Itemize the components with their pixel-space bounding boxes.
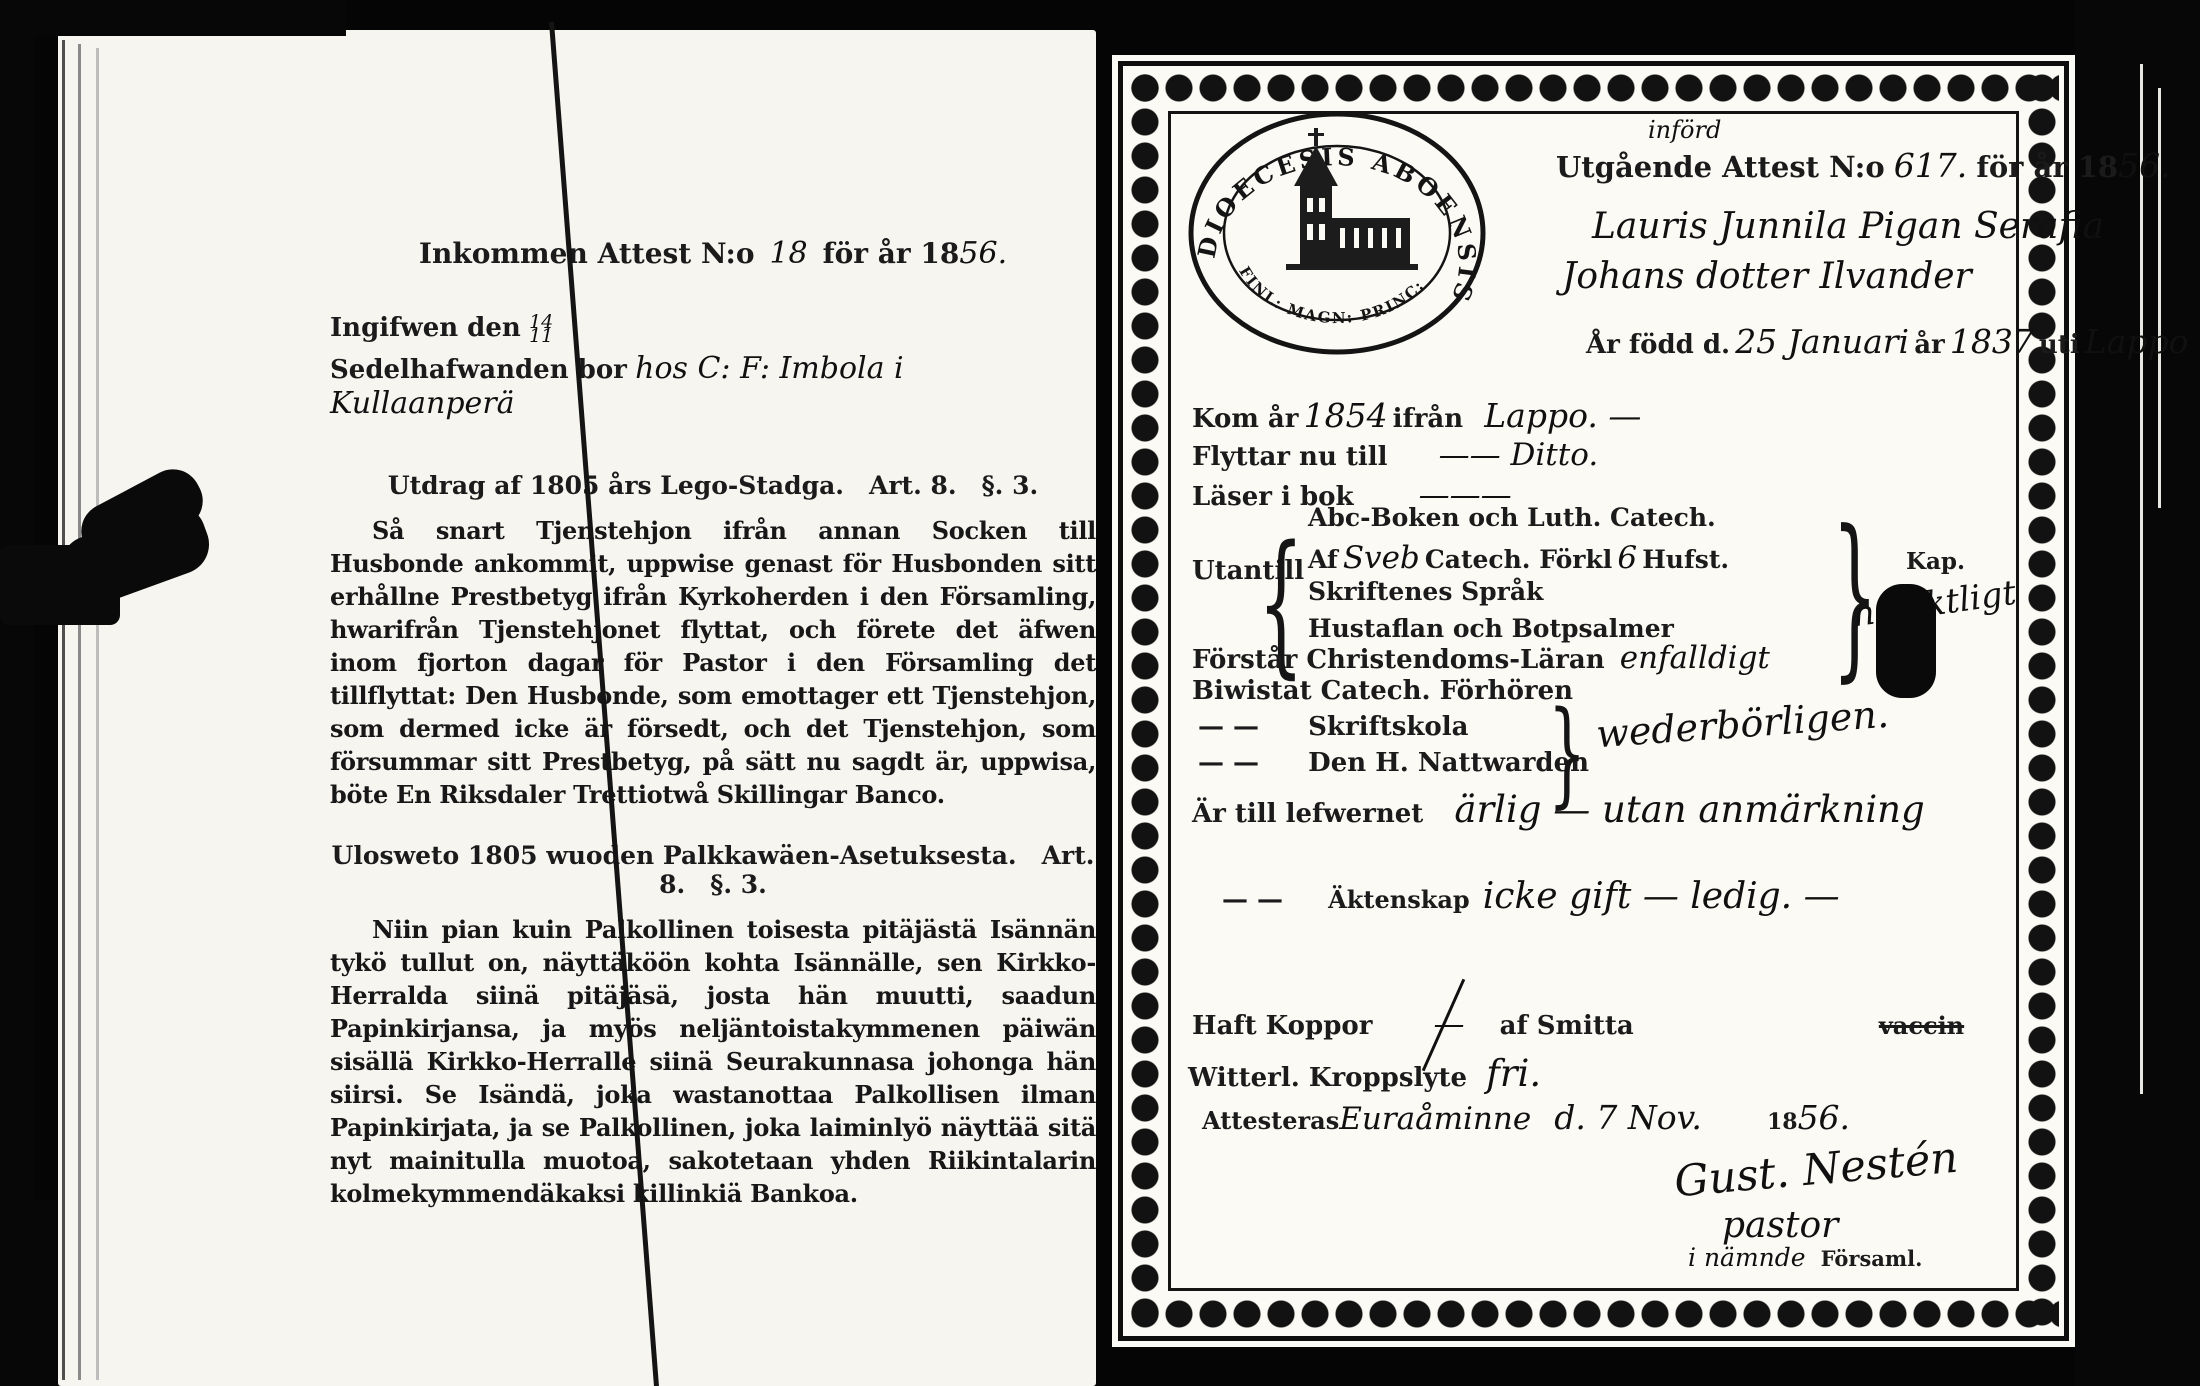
scan-edge-shadow	[0, 0, 34, 1386]
understands-grade-handwritten: enfalldigt	[1620, 640, 1770, 676]
born-label: År född d.	[1586, 330, 1730, 360]
understands-row: Förstår Christendoms-Läran enfalldigt	[1192, 640, 1770, 676]
rosette-border-bottom	[1128, 1297, 2059, 1331]
attested-label: Attesteras	[1202, 1106, 1339, 1135]
received-date-handwritten: 1411	[529, 315, 553, 343]
smallpox-value: af Smitta	[1500, 1011, 1634, 1041]
person-name-line2-handwritten: Johans dotter Ilvander	[1562, 256, 1972, 297]
attested-place-handwritten: Euraåminne	[1339, 1101, 1531, 1137]
smallpox-struck-option: vaccin	[1879, 1011, 1964, 1040]
defect-value-handwritten: fri.	[1486, 1052, 1541, 1095]
attested-date-handwritten: d. 7 Nov.	[1554, 1098, 1702, 1137]
attest-year-handwritten: 56.	[959, 236, 1007, 271]
book-scan: Inkommen Attest N:o 18 för år 1856. Ingi…	[0, 0, 2200, 1386]
confirmation-label: Skriftskola	[1308, 712, 1468, 742]
attest-year-handwritten: 56.	[2118, 146, 2170, 185]
attended-label: Biwistat Catech. Förhören	[1192, 676, 1573, 706]
moving-row: Flyttar nu till —— Ditto.	[1192, 437, 1598, 473]
confirmation-row: — — Skriftskola	[1198, 712, 1468, 742]
ditto-dashes: — —	[1198, 712, 1259, 742]
svg-text:FINL: MAGN: PRINC:: FINL: MAGN: PRINC:	[1235, 263, 1428, 327]
diocese-seal: DIOECESIS ABOENSIS FINL: MAGN: PRINC:	[1182, 106, 1492, 361]
title-printed-year: för år 18	[1976, 150, 2118, 184]
title-printed-year: för år 18	[823, 237, 960, 270]
moving-value-handwritten: —— Ditto.	[1439, 437, 1599, 473]
left-page-content: Inkommen Attest N:o 18 för år 1856. Ingi…	[330, 236, 1096, 1240]
finnish-heading: Ulosweto 1805 wuoden Palkkawäen-Asetukse…	[330, 841, 1096, 899]
swedish-heading: Utdrag af 1805 års Lego-Stadga. Art. 8. …	[330, 471, 1096, 500]
born-year-label: år	[1914, 330, 1945, 360]
moving-label: Flyttar nu till	[1192, 442, 1388, 472]
scan-edge-shadow	[0, 1200, 58, 1386]
born-year-handwritten: 1837	[1950, 322, 2034, 361]
attest-number-handwritten: 617.	[1894, 146, 1967, 185]
left-attest-title: Inkommen Attest N:o 18 för år 1856.	[330, 236, 1096, 271]
marriage-row: — — Äktenskap icke gift — ledig. —	[1222, 876, 1840, 917]
byheart-row2-printed: Af	[1308, 545, 1338, 574]
attest-number-handwritten: 18	[769, 236, 807, 271]
byheart-row2-printed2: Catech. Förkl	[1425, 545, 1612, 574]
ditto-dashes: — —	[1222, 885, 1283, 915]
byheart-row1: Abc-Boken och Luth. Catech.	[1308, 503, 1716, 532]
conduct-row: Är till lefwernet ärlig — utan anmärknin…	[1192, 788, 1925, 831]
attested-year-handwritten: 56.	[1798, 1098, 1850, 1137]
conduct-label: Är till lefwernet	[1192, 799, 1423, 829]
smallpox-label: Haft Koppor	[1192, 1011, 1372, 1041]
rosette-border-right	[2025, 71, 2059, 1331]
communion-label: Den H. Nattwarden	[1308, 748, 1589, 778]
holder-row: Sedelhafwanden bor hos C: F: Imbola i Ku…	[330, 351, 1096, 421]
title-printed: Utgående Attest N:o	[1556, 150, 1885, 184]
rosette-border-top	[1128, 71, 2059, 105]
arrived-place-handwritten: Lappo. —	[1484, 396, 1641, 435]
born-place-label: uti	[2039, 330, 2080, 360]
signature-congregation-row: i nämnde Församl.	[1688, 1243, 1922, 1272]
page-stack-line	[96, 48, 99, 1380]
book-clamp-right	[1876, 584, 1936, 698]
page-stack-line	[78, 44, 81, 1380]
byheart-row2-handwritten2: 6	[1617, 540, 1637, 576]
byheart-kap-label: Kap.	[1906, 548, 1965, 575]
born-date-handwritten: 25 Januari	[1735, 322, 1909, 361]
born-row: År född d. 25 Januari år 1837 uti Lappo	[1586, 322, 2189, 361]
communion-row: — — Den H. Nattwarden	[1198, 748, 1589, 778]
byheart-row3: Skriftenes Språk	[1308, 577, 1543, 606]
byheart-row2-handwritten: Sveb	[1343, 540, 1420, 576]
seal-legend-bottom: FINL: MAGN: PRINC:	[1235, 263, 1428, 327]
understands-label: Förstår Christendoms-Läran	[1192, 645, 1605, 675]
arrived-row: Kom år 1854 ifrån Lappo. —	[1192, 396, 1641, 435]
finnish-body: Niin pian kuin Palkollinen toisesta pitä…	[330, 913, 1096, 1210]
book-clamp-left	[0, 545, 120, 625]
ditto-dashes: — —	[1198, 748, 1259, 778]
defect-row: Witterl. Kroppslyte fri.	[1188, 1052, 1541, 1095]
marriage-value-handwritten: icke gift — ledig. —	[1483, 876, 1840, 917]
attested-year-printed: 18	[1767, 1109, 1798, 1135]
person-name-line1-handwritten: Lauris Junnila Pigan Serafia	[1592, 206, 2104, 247]
received-row: Ingifwen den 1411	[330, 313, 1096, 343]
holder-label: Sedelhafwanden bor	[330, 355, 627, 385]
byheart-row4: Hustaflan och Botpsalmer	[1308, 614, 1674, 643]
arrived-year-handwritten: 1854	[1304, 396, 1388, 435]
page-stack-line	[62, 40, 65, 1380]
scan-edge-shadow	[0, 0, 346, 36]
marriage-label: Äktenskap	[1328, 885, 1470, 914]
byheart-row2: Af Sveb Catech. Förkl 6 Hufst.	[1308, 540, 1729, 576]
received-label: Ingifwen den	[330, 313, 521, 343]
received-month: 11	[529, 325, 553, 347]
signature-title-handwritten: pastor	[1722, 1205, 1838, 1246]
arrived-label: Kom år	[1192, 404, 1298, 434]
conduct-value-handwritten: ärlig — utan anmärkning	[1454, 788, 1924, 831]
title-printed: Inkommen Attest N:o	[419, 237, 755, 270]
attested-row: AttesterasEuraåminne d. 7 Nov. 1856.	[1202, 1098, 1850, 1137]
arrived-from-label: ifrån	[1393, 404, 1464, 434]
rosette-border-left	[1128, 71, 1162, 1331]
born-place-handwritten: Lappo	[2085, 322, 2189, 361]
congregation-note-handwritten: i nämnde	[1688, 1243, 1806, 1272]
right-attest-title: Utgående Attest N:o 617. för år 1856.	[1556, 146, 2171, 185]
page-stack-line	[2140, 64, 2143, 1094]
margin-note-handwritten: införd	[1648, 116, 1721, 144]
congregation-printed: Församl.	[1821, 1246, 1923, 1271]
smallpox-row: Haft Koppor — af Smitta vaccin	[1192, 1006, 1964, 1042]
byheart-row2-printed3: Hufst.	[1642, 545, 1729, 574]
swedish-body: Så snart Tjenstehjon ifrån annan Socken …	[330, 514, 1096, 811]
